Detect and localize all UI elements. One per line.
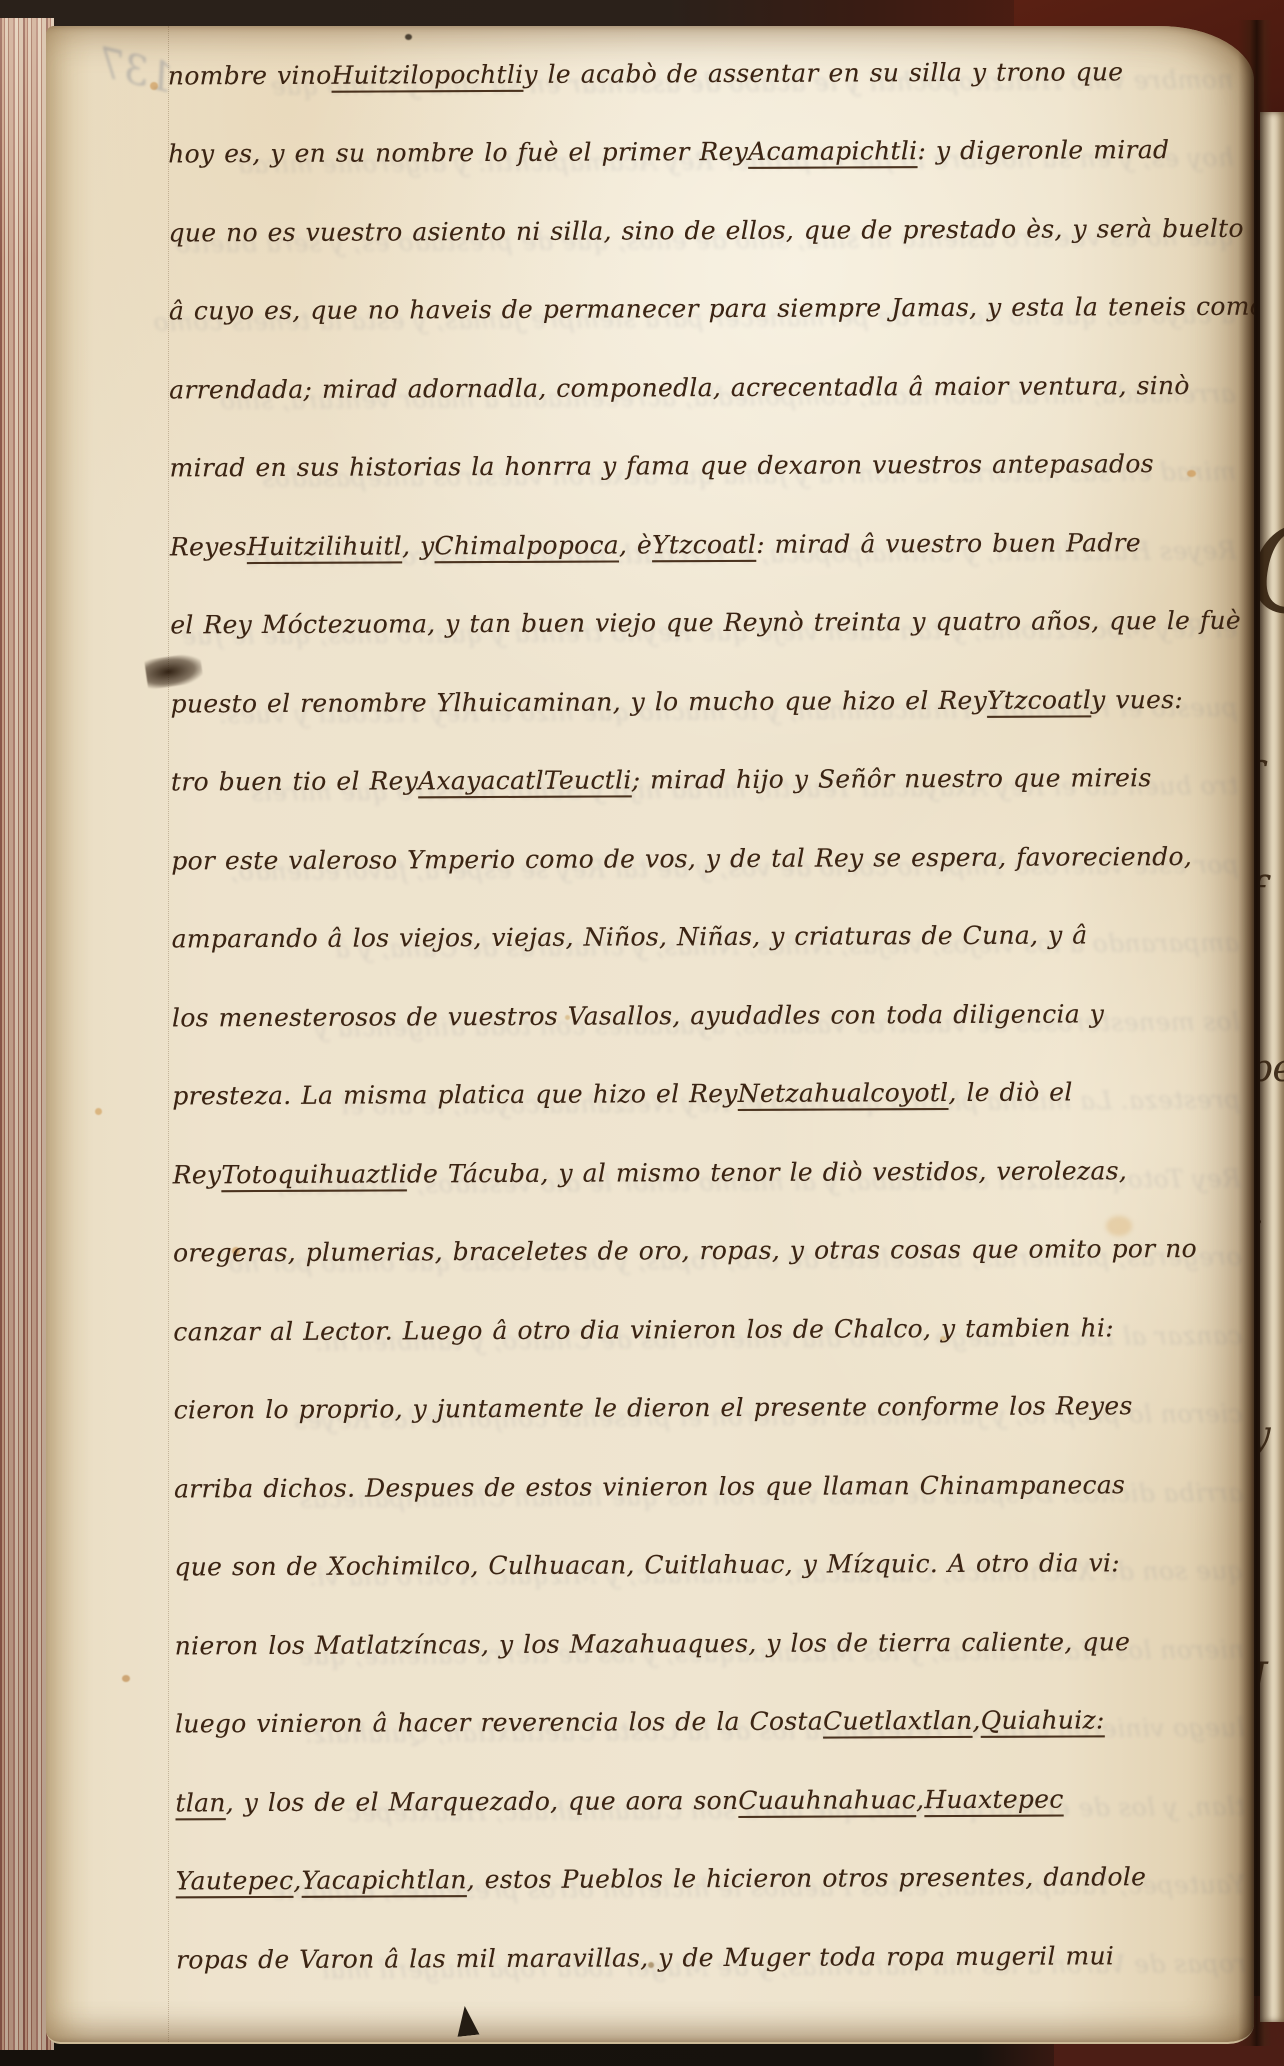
handwritten-text: por este valeroso Ymperio como de vos, y… [171,842,1192,875]
underlined-proper-name: Ytzcoatl [987,685,1091,714]
handwritten-text: Rey [173,1160,222,1189]
handwritten-text: , è [619,530,652,559]
paper-stain [150,82,158,90]
manuscript-line: Reyes Huitzilihuitl, y Chimalpopoca, è Y… [170,503,1254,586]
manuscript-line: canzar al Lector. Luego â otro dia vinie… [173,1288,1254,1371]
handwritten-text: : mirad â vuestro buen Padre [756,528,1141,559]
paper-notch [451,2005,480,2038]
manuscript-line: arriba dichos. Despues de estos vinieron… [174,1445,1254,1528]
manuscript-line: los menesterosos de vuestros Vasallos, a… [172,974,1254,1057]
manuscript-text: nombre vino Huitzilopochtli y le acabò d… [168,32,1254,1999]
handwritten-text: nombre vino [168,60,332,90]
handwritten-text: , [293,1866,301,1895]
handwritten-text: nieron los Matlatzíncas, y los Mazahuaqu… [175,1627,1131,1660]
underlined-proper-name: Yautepec [176,1866,294,1896]
manuscript-line: Yautepec, Yacapichtlan, estos Pueblos le… [176,1837,1254,1920]
manuscript-line: Rey Totoquihuaztli de Tácuba, y al mismo… [173,1131,1254,1214]
handwritten-text: amparando â los viejos, viejas, Niños, N… [172,921,1088,954]
handwritten-text: , y los de el Marquezado, que aora son [226,1786,739,1817]
handwritten-text: presteza. La misma platica que hizo el R… [172,1079,738,1110]
page-gutter-shadow [1238,20,1272,2046]
underlined-proper-name: Yacapichtlan [302,1865,467,1895]
handwritten-text: : y digeronle mirad [917,135,1169,165]
handwritten-text: el Rey Móctezuoma, y tan buen viejo que … [170,606,1241,640]
handwritten-text: , le diò el [948,1078,1072,1108]
handwritten-text: de Tácuba, y al mismo tenor le diò vesti… [407,1156,1127,1188]
underlined-proper-name: Huitzilopochtli [331,60,523,90]
underlined-proper-name: Cuauhnahuac [738,1785,916,1815]
handwritten-text: , y [402,531,435,560]
manuscript-line: mirad en sus historias la honrra y fama … [169,424,1254,507]
handwritten-text: hoy es, y en su nombre lo fuè el primer … [168,137,748,169]
underlined-proper-name: Quiahuiz: [981,1706,1105,1736]
book-photo: nombre vino Huitzilopochtli y le acabò d… [0,0,1284,2066]
handwritten-text: , [916,1785,924,1814]
manuscript-line: ropas de Varon â las mil maravillas, y d… [176,1916,1254,1999]
handwritten-text: mirad en sus historias la honrra y fama … [170,449,1154,482]
handwritten-text: tro buen tio el Rey [171,767,418,797]
handwritten-text: canzar al Lector. Luego â otro dia vinie… [173,1313,1114,1346]
underlined-proper-name: Acamapichtli [748,136,917,166]
handwritten-text: los menesterosos de vuestros Vasallos, a… [172,999,1104,1032]
handwritten-text: , estos Pueblos le hicieron otros presen… [467,1862,1147,1894]
bleedthrough-page-number: 137 [94,39,179,102]
handwritten-text: arrendada; mirad adornadla, componedla, … [169,371,1190,404]
underlined-proper-name: Netzahualcoyotl [738,1078,949,1108]
manuscript-line: que no es vuestro asiento ni silla, sino… [168,189,1254,272]
manuscript-line: puesto el renombre Ylhuicaminan, y lo mu… [170,660,1254,743]
manuscript-page: nombre vino Huitzilopochtli y le acabò d… [46,26,1254,2044]
handwritten-text: ropas de Varon â las mil maravillas, y d… [176,1941,1114,1974]
manuscript-line: tlan, y los de el Marquezado, que aora s… [175,1759,1254,1842]
handwritten-text: cieron lo proprio, y juntamente le diero… [174,1391,1133,1424]
manuscript-line: nieron los Matlatzíncas, y los Mazahuaqu… [175,1602,1254,1685]
handwritten-text: Reyes [170,532,247,561]
underlined-proper-name: Cuetlaxtlan [823,1706,973,1736]
underlined-proper-name: tlan [175,1788,225,1817]
manuscript-line: luego vinieron â hacer reverencia los de… [175,1680,1254,1763]
paper-stain [95,1108,102,1115]
manuscript-line: â cuyo es, que no haveis de permanecer p… [169,267,1254,350]
underlined-proper-name: Huitzilihuitl [247,531,402,561]
handwritten-text: oregeras, plumerias, braceletes de oro, … [173,1234,1197,1267]
handwritten-text: puesto el renombre Ylhuicaminan, y lo mu… [171,686,988,719]
handwritten-text: , [972,1706,980,1735]
paper-stain [122,1675,130,1682]
manuscript-line: que son de Xochimilco, Culhuacan, Cuitla… [174,1523,1254,1606]
underlined-proper-name: Chimalpopoca [434,530,619,560]
underlined-proper-name: Teuctli [544,766,632,795]
underlined-proper-name: Huaxtepec [924,1784,1063,1814]
underlined-proper-name: Axayacatl [418,766,544,796]
manuscript-line: por este valeroso Ymperio como de vos, y… [171,817,1254,900]
handwritten-text: ; mirad hijo y Señôr nuestro que mireis [632,763,1152,794]
manuscript-line: hoy es, y en su nombre lo fuè el primer … [168,110,1254,193]
handwritten-text: y vues: [1091,685,1183,714]
handwritten-text: y le acabò de assentar en su silla y tro… [523,57,1123,89]
handwritten-text: que son de Xochimilco, Culhuacan, Cuitla… [174,1549,1120,1582]
handwritten-text: arriba dichos. Despues de estos vinieron… [174,1470,1125,1503]
manuscript-line: tro buen tio el Rey Axayacatl Teuctli; m… [171,738,1254,821]
manuscript-line: presteza. La misma platica que hizo el R… [172,1052,1254,1135]
manuscript-line: el Rey Móctezuoma, y tan buen viejo que … [170,581,1254,664]
handwritten-text: que no es vuestro asiento ni silla, sino… [169,213,1244,247]
manuscript-line: nombre vino Huitzilopochtli y le acabò d… [168,32,1254,115]
manuscript-line: amparando â los viejos, viejas, Niños, N… [171,895,1254,978]
handwritten-text: â cuyo es, que no haveis de permanecer p… [169,292,1254,326]
underlined-proper-name: Totoquihuaztli [221,1159,407,1189]
manuscript-line: cieron lo proprio, y juntamente le diero… [174,1366,1254,1449]
handwritten-text: luego vinieron â hacer reverencia los de… [175,1707,823,1739]
manuscript-line: arrendada; mirad adornadla, componedla, … [169,346,1254,429]
manuscript-line: oregeras, plumerias, braceletes de oro, … [173,1209,1254,1292]
underlined-proper-name: Ytzcoatl [652,530,756,559]
